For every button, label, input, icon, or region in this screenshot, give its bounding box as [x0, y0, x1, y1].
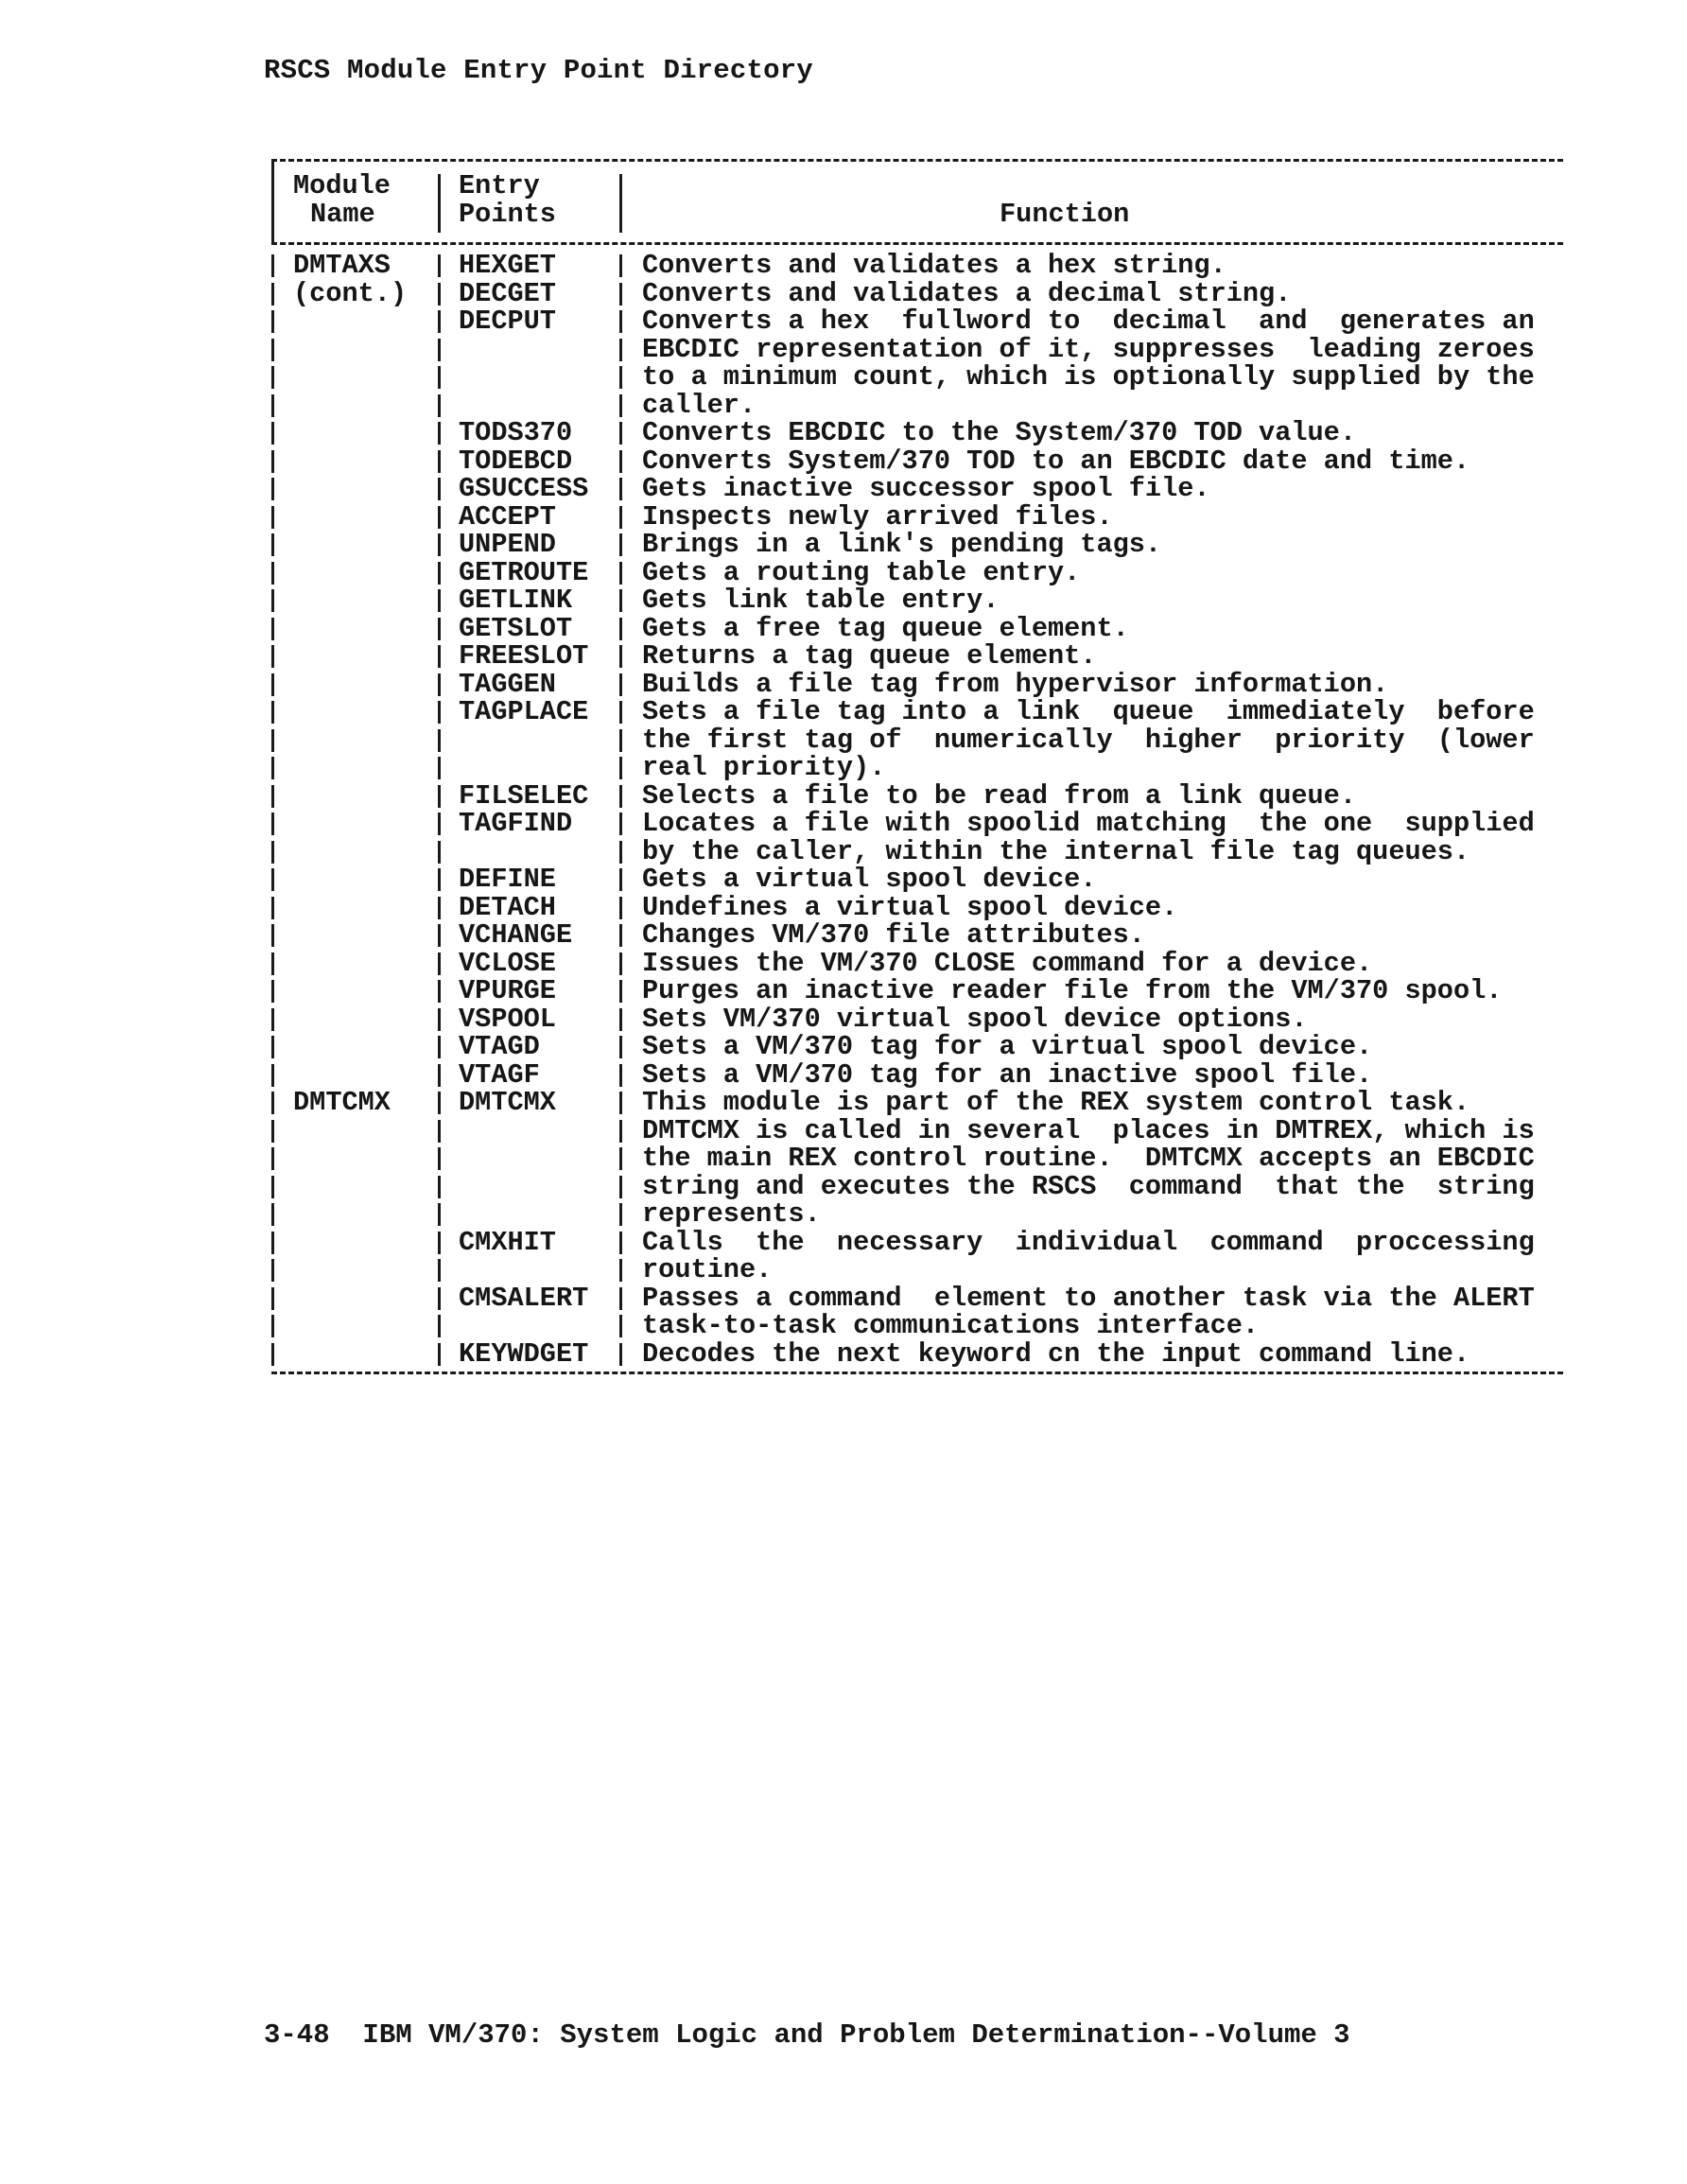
row-divider-2	[619, 1120, 622, 1143]
cell-function: Converts and validates a hex string.	[642, 252, 1226, 280]
row-left-border	[271, 1259, 274, 1282]
row-left-border	[271, 673, 274, 696]
row-divider-1	[438, 1176, 441, 1198]
row-divider-1	[438, 952, 441, 975]
row-left-border	[271, 729, 274, 752]
row-divider-1	[438, 1008, 441, 1031]
cell-function: Gets a virtual spool device.	[642, 865, 1096, 894]
cell-function: Gets a routing table entry.	[642, 559, 1080, 587]
row-left-border	[271, 980, 274, 1003]
cell-function: Locates a file with spoolid matching the…	[642, 810, 1535, 838]
row-left-border	[271, 366, 274, 389]
table-row: GSUCCESSGets inactive successor spool fi…	[271, 475, 1563, 503]
row-divider-2	[619, 1176, 622, 1198]
row-divider-2	[619, 339, 622, 361]
cell-function: Converts a hex fullword to decimal and g…	[642, 307, 1535, 336]
row-divider-2	[619, 897, 622, 919]
table-row: DETACHUndefines a virtual spool device.	[271, 894, 1563, 922]
row-divider-1	[438, 283, 441, 306]
row-left-border	[271, 1232, 274, 1254]
table-row: CMSALERTPasses a command element to anot…	[271, 1284, 1563, 1313]
cell-entry-point: CMSALERT	[459, 1284, 588, 1313]
row-divider-2	[619, 1259, 622, 1282]
row-left-border	[271, 310, 274, 333]
cell-entry-point: CMXHIT	[459, 1229, 556, 1257]
row-left-border	[271, 1343, 274, 1366]
table-row: by the caller, within the internal file …	[271, 838, 1563, 866]
cell-function: Sets a file tag into a link queue immedi…	[642, 698, 1535, 726]
row-divider-2	[619, 1343, 622, 1366]
table-row: FILSELECSelects a file to be read from a…	[271, 782, 1563, 811]
row-left-border	[271, 1147, 274, 1170]
cell-entry-point: DECGET	[459, 280, 556, 308]
cell-entry-point: KEYWDGET	[459, 1340, 588, 1369]
row-divider-2	[619, 729, 622, 752]
row-divider-2	[619, 1287, 622, 1310]
cell-function: Decodes the next keyword cn the input co…	[642, 1340, 1470, 1369]
table-row: VPURGEPurges an inactive reader file fro…	[271, 977, 1563, 1005]
row-divider-1	[438, 394, 441, 417]
row-divider-2	[619, 1064, 622, 1087]
cell-function: Converts EBCDIC to the System/370 TOD va…	[642, 419, 1356, 447]
cell-entry-point: VCLOSE	[459, 950, 556, 978]
row-divider-1	[438, 757, 441, 779]
header-function: Function	[1000, 201, 1129, 229]
cell-entry-point: VTAGF	[459, 1061, 540, 1090]
cell-function: the main REX control routine. DMTCMX acc…	[642, 1144, 1535, 1173]
table-row: TAGGENBuilds a file tag from hypervisor …	[271, 671, 1563, 699]
row-divider-1	[438, 812, 441, 835]
cell-module: DMTAXS	[293, 252, 391, 280]
cell-function: EBCDIC representation of it, suppresses …	[642, 336, 1535, 364]
table-row: VTAGDSets a VM/370 tag for a virtual spo…	[271, 1033, 1563, 1061]
row-divider-2	[619, 673, 622, 696]
table-row: VSPOOLSets VM/370 virtual spool device o…	[271, 1005, 1563, 1034]
table-row: TODS370Converts EBCDIC to the System/370…	[271, 419, 1563, 447]
cell-entry-point: TODEBCD	[459, 447, 572, 476]
row-left-border	[271, 924, 274, 947]
row-divider-2	[619, 924, 622, 947]
row-divider-2	[619, 533, 622, 556]
table-row: GETLINKGets link table entry.	[271, 586, 1563, 615]
cell-function: Converts and validates a decimal string.	[642, 280, 1291, 308]
header-entry-line1: Entry	[459, 172, 540, 201]
row-left-border	[271, 562, 274, 585]
row-divider-1	[438, 562, 441, 585]
table-row: EBCDIC representation of it, suppresses …	[271, 336, 1563, 364]
cell-function: Changes VM/370 file attributes.	[642, 921, 1145, 950]
row-divider-2	[619, 562, 622, 585]
row-divider-2	[619, 1036, 622, 1058]
cell-entry-point: GETLINK	[459, 586, 572, 615]
cell-function: Gets link table entry.	[642, 586, 1000, 615]
table-row: TODEBCDConverts System/370 TOD to an EBC…	[271, 447, 1563, 476]
row-divider-1	[438, 254, 441, 277]
row-divider-2	[619, 1092, 622, 1114]
row-divider-1	[438, 310, 441, 333]
cell-entry-point: GSUCCESS	[459, 475, 588, 503]
row-left-border	[271, 812, 274, 835]
cell-entry-point: DECPUT	[459, 307, 556, 336]
row-divider-1	[438, 924, 441, 947]
cell-function: Sets VM/370 virtual spool device options…	[642, 1005, 1308, 1034]
page-footer: 3-48 IBM VM/370: System Logic and Proble…	[264, 2019, 1350, 2051]
row-divider-1	[438, 422, 441, 445]
header-divider-2	[619, 174, 622, 233]
row-divider-1	[438, 1232, 441, 1254]
table-row: VCLOSEIssues the VM/370 CLOSE command fo…	[271, 950, 1563, 978]
row-left-border	[271, 701, 274, 724]
row-left-border	[271, 1008, 274, 1031]
row-divider-2	[619, 980, 622, 1003]
cell-function: string and executes the RSCS command tha…	[642, 1173, 1535, 1201]
cell-function: Brings in a link's pending tags.	[642, 531, 1161, 559]
table-row: the main REX control routine. DMTCMX acc…	[271, 1144, 1563, 1173]
row-divider-1	[438, 1147, 441, 1170]
row-divider-1	[438, 1064, 441, 1087]
cell-function: to a minimum count, which is optionally …	[642, 363, 1535, 392]
cell-entry-point: FILSELEC	[459, 782, 588, 811]
cell-entry-point: GETROUTE	[459, 559, 588, 587]
table-row: ACCEPTInspects newly arrived files.	[271, 503, 1563, 532]
row-left-border	[271, 1092, 274, 1114]
cell-entry-point: DEFINE	[459, 865, 556, 894]
row-divider-1	[438, 868, 441, 891]
row-divider-2	[619, 1147, 622, 1170]
table-row: the first tag of numerically higher prio…	[271, 726, 1563, 755]
row-divider-2	[619, 785, 622, 808]
row-divider-1	[438, 1287, 441, 1310]
table-row: GETROUTEGets a routing table entry.	[271, 559, 1563, 587]
row-left-border	[271, 1064, 274, 1087]
row-left-border	[271, 1120, 274, 1143]
cell-entry-point: TAGFIND	[459, 810, 572, 838]
cell-function: Calls the necessary individual command p…	[642, 1229, 1535, 1257]
cell-function: Gets a free tag queue element.	[642, 615, 1129, 643]
table-row: string and executes the RSCS command tha…	[271, 1173, 1563, 1201]
table-row: DMTCMX is called in several places in DM…	[271, 1117, 1563, 1145]
row-divider-1	[438, 1092, 441, 1114]
row-left-border	[271, 283, 274, 306]
table-bottom-border	[271, 1372, 1563, 1374]
row-divider-1	[438, 897, 441, 919]
table-row: VCHANGEChanges VM/370 file attributes.	[271, 921, 1563, 950]
row-divider-2	[619, 310, 622, 333]
row-divider-2	[619, 506, 622, 529]
row-left-border	[271, 1287, 274, 1310]
cell-function: This module is part of the REX system co…	[642, 1089, 1470, 1117]
row-left-border	[271, 422, 274, 445]
row-divider-2	[619, 283, 622, 306]
cell-entry-point: DETACH	[459, 894, 556, 922]
cell-function: Converts System/370 TOD to an EBCDIC dat…	[642, 447, 1470, 476]
row-divider-1	[438, 450, 441, 473]
row-divider-1	[438, 841, 441, 864]
table-top-border	[271, 159, 1563, 162]
row-left-border	[271, 589, 274, 612]
table-row: TAGFINDLocates a file with spoolid match…	[271, 810, 1563, 838]
row-divider-1	[438, 506, 441, 529]
cell-function: Returns a tag queue element.	[642, 642, 1096, 671]
table-row: DMTCMXDMTCMXThis module is part of the R…	[271, 1089, 1563, 1117]
cell-entry-point: VPURGE	[459, 977, 556, 1005]
row-divider-2	[619, 645, 622, 668]
row-left-border	[271, 757, 274, 779]
cell-entry-point: ACCEPT	[459, 503, 556, 532]
row-divider-2	[619, 757, 622, 779]
row-left-border	[271, 952, 274, 975]
cell-entry-point: TODS370	[459, 419, 572, 447]
cell-function: caller.	[642, 392, 756, 420]
row-divider-2	[619, 394, 622, 417]
row-divider-2	[619, 366, 622, 389]
cell-entry-point: TAGPLACE	[459, 698, 588, 726]
cell-entry-point: VSPOOL	[459, 1005, 556, 1034]
cell-function: task-to-task communications interface.	[642, 1312, 1259, 1340]
cell-function: by the caller, within the internal file …	[642, 838, 1470, 866]
cell-function: Sets a VM/370 tag for a virtual spool de…	[642, 1033, 1372, 1061]
row-divider-1	[438, 1315, 441, 1337]
cell-entry-point: VTAGD	[459, 1033, 540, 1061]
page-title: RSCS Module Entry Point Directory	[264, 55, 813, 86]
header-module-line2: Name	[310, 201, 375, 229]
cell-function: Passes a command element to another task…	[642, 1284, 1535, 1313]
row-divider-2	[619, 254, 622, 277]
row-left-border	[271, 339, 274, 361]
table-row: TAGPLACESets a file tag into a link queu…	[271, 698, 1563, 726]
row-divider-2	[619, 841, 622, 864]
row-left-border	[271, 506, 274, 529]
cell-entry-point: DMTCMX	[459, 1089, 556, 1117]
table-row: CMXHITCalls the necessary individual com…	[271, 1229, 1563, 1257]
row-left-border	[271, 1203, 274, 1226]
cell-module: (cont.)	[293, 280, 407, 308]
row-divider-2	[619, 868, 622, 891]
row-left-border	[271, 254, 274, 277]
cell-entry-point: GETSLOT	[459, 615, 572, 643]
table-row: VTAGFSets a VM/370 tag for an inactive s…	[271, 1061, 1563, 1090]
row-divider-1	[438, 673, 441, 696]
header-divider-1	[438, 174, 441, 233]
table-row: FREESLOTReturns a tag queue element.	[271, 642, 1563, 671]
row-left-border	[271, 618, 274, 640]
row-left-border	[271, 1315, 274, 1337]
table-row: task-to-task communications interface.	[271, 1312, 1563, 1340]
row-divider-1	[438, 1343, 441, 1366]
header-module-line1: Module	[293, 172, 391, 201]
row-divider-2	[619, 478, 622, 500]
cell-entry-point: VCHANGE	[459, 921, 572, 950]
row-divider-1	[438, 533, 441, 556]
cell-entry-point: HEXGET	[459, 252, 556, 280]
table-row: GETSLOTGets a free tag queue element.	[271, 615, 1563, 643]
cell-entry-point: FREESLOT	[459, 642, 588, 671]
table-row: to a minimum count, which is optionally …	[271, 363, 1563, 392]
row-divider-2	[619, 701, 622, 724]
row-divider-1	[438, 366, 441, 389]
row-divider-1	[438, 339, 441, 361]
row-left-border	[271, 450, 274, 473]
cell-function: Issues the VM/370 CLOSE command for a de…	[642, 950, 1372, 978]
row-divider-2	[619, 422, 622, 445]
cell-function: real priority).	[642, 754, 885, 782]
table-row: KEYWDGETDecodes the next keyword cn the …	[271, 1340, 1563, 1369]
row-left-border	[271, 533, 274, 556]
table-row: (cont.)DECGETConverts and validates a de…	[271, 280, 1563, 308]
cell-function: Builds a file tag from hypervisor inform…	[642, 671, 1388, 699]
row-divider-1	[438, 729, 441, 752]
header-separator	[271, 242, 1563, 245]
row-divider-1	[438, 980, 441, 1003]
row-left-border	[271, 394, 274, 417]
cell-function: Undefines a virtual spool device.	[642, 894, 1177, 922]
cell-function: Selects a file to be read from a link qu…	[642, 782, 1356, 811]
header-left-border	[271, 170, 274, 242]
row-divider-2	[619, 1008, 622, 1031]
cell-function: Inspects newly arrived files.	[642, 503, 1113, 532]
cell-module: DMTCMX	[293, 1089, 391, 1117]
table-row: real priority).	[271, 754, 1563, 782]
cell-entry-point: TAGGEN	[459, 671, 556, 699]
row-divider-2	[619, 952, 622, 975]
row-left-border	[271, 478, 274, 500]
cell-function: routine.	[642, 1256, 772, 1284]
header-entry-line2: Points	[459, 201, 556, 229]
cell-function: the first tag of numerically higher prio…	[642, 726, 1535, 755]
cell-entry-point: UNPEND	[459, 531, 556, 559]
row-divider-2	[619, 450, 622, 473]
cell-function: DMTCMX is called in several places in DM…	[642, 1117, 1535, 1145]
row-divider-1	[438, 618, 441, 640]
row-divider-1	[438, 1036, 441, 1058]
row-left-border	[271, 897, 274, 919]
row-divider-2	[619, 1203, 622, 1226]
row-divider-1	[438, 1203, 441, 1226]
row-divider-2	[619, 1232, 622, 1254]
row-divider-2	[619, 618, 622, 640]
table-row: caller.	[271, 392, 1563, 420]
table-row: UNPENDBrings in a link's pending tags.	[271, 531, 1563, 559]
row-divider-2	[619, 812, 622, 835]
row-divider-1	[438, 478, 441, 500]
row-divider-2	[619, 589, 622, 612]
row-divider-2	[619, 1315, 622, 1337]
table-row: routine.	[271, 1256, 1563, 1284]
row-divider-1	[438, 589, 441, 612]
row-left-border	[271, 1176, 274, 1198]
row-divider-1	[438, 1259, 441, 1282]
row-left-border	[271, 868, 274, 891]
table-row: DECPUTConverts a hex fullword to decimal…	[271, 307, 1563, 336]
table-row: DEFINEGets a virtual spool device.	[271, 865, 1563, 894]
table-row: DMTAXSHEXGETConverts and validates a hex…	[271, 252, 1563, 280]
cell-function: Gets inactive successor spool file.	[642, 475, 1210, 503]
table-row: represents.	[271, 1200, 1563, 1229]
cell-function: Purges an inactive reader file from the …	[642, 977, 1502, 1005]
cell-function: represents.	[642, 1200, 821, 1229]
row-left-border	[271, 785, 274, 808]
row-divider-1	[438, 1120, 441, 1143]
row-left-border	[271, 1036, 274, 1058]
row-divider-1	[438, 701, 441, 724]
row-divider-1	[438, 785, 441, 808]
row-left-border	[271, 645, 274, 668]
cell-function: Sets a VM/370 tag for an inactive spool …	[642, 1061, 1372, 1090]
row-divider-1	[438, 645, 441, 668]
row-left-border	[271, 841, 274, 864]
